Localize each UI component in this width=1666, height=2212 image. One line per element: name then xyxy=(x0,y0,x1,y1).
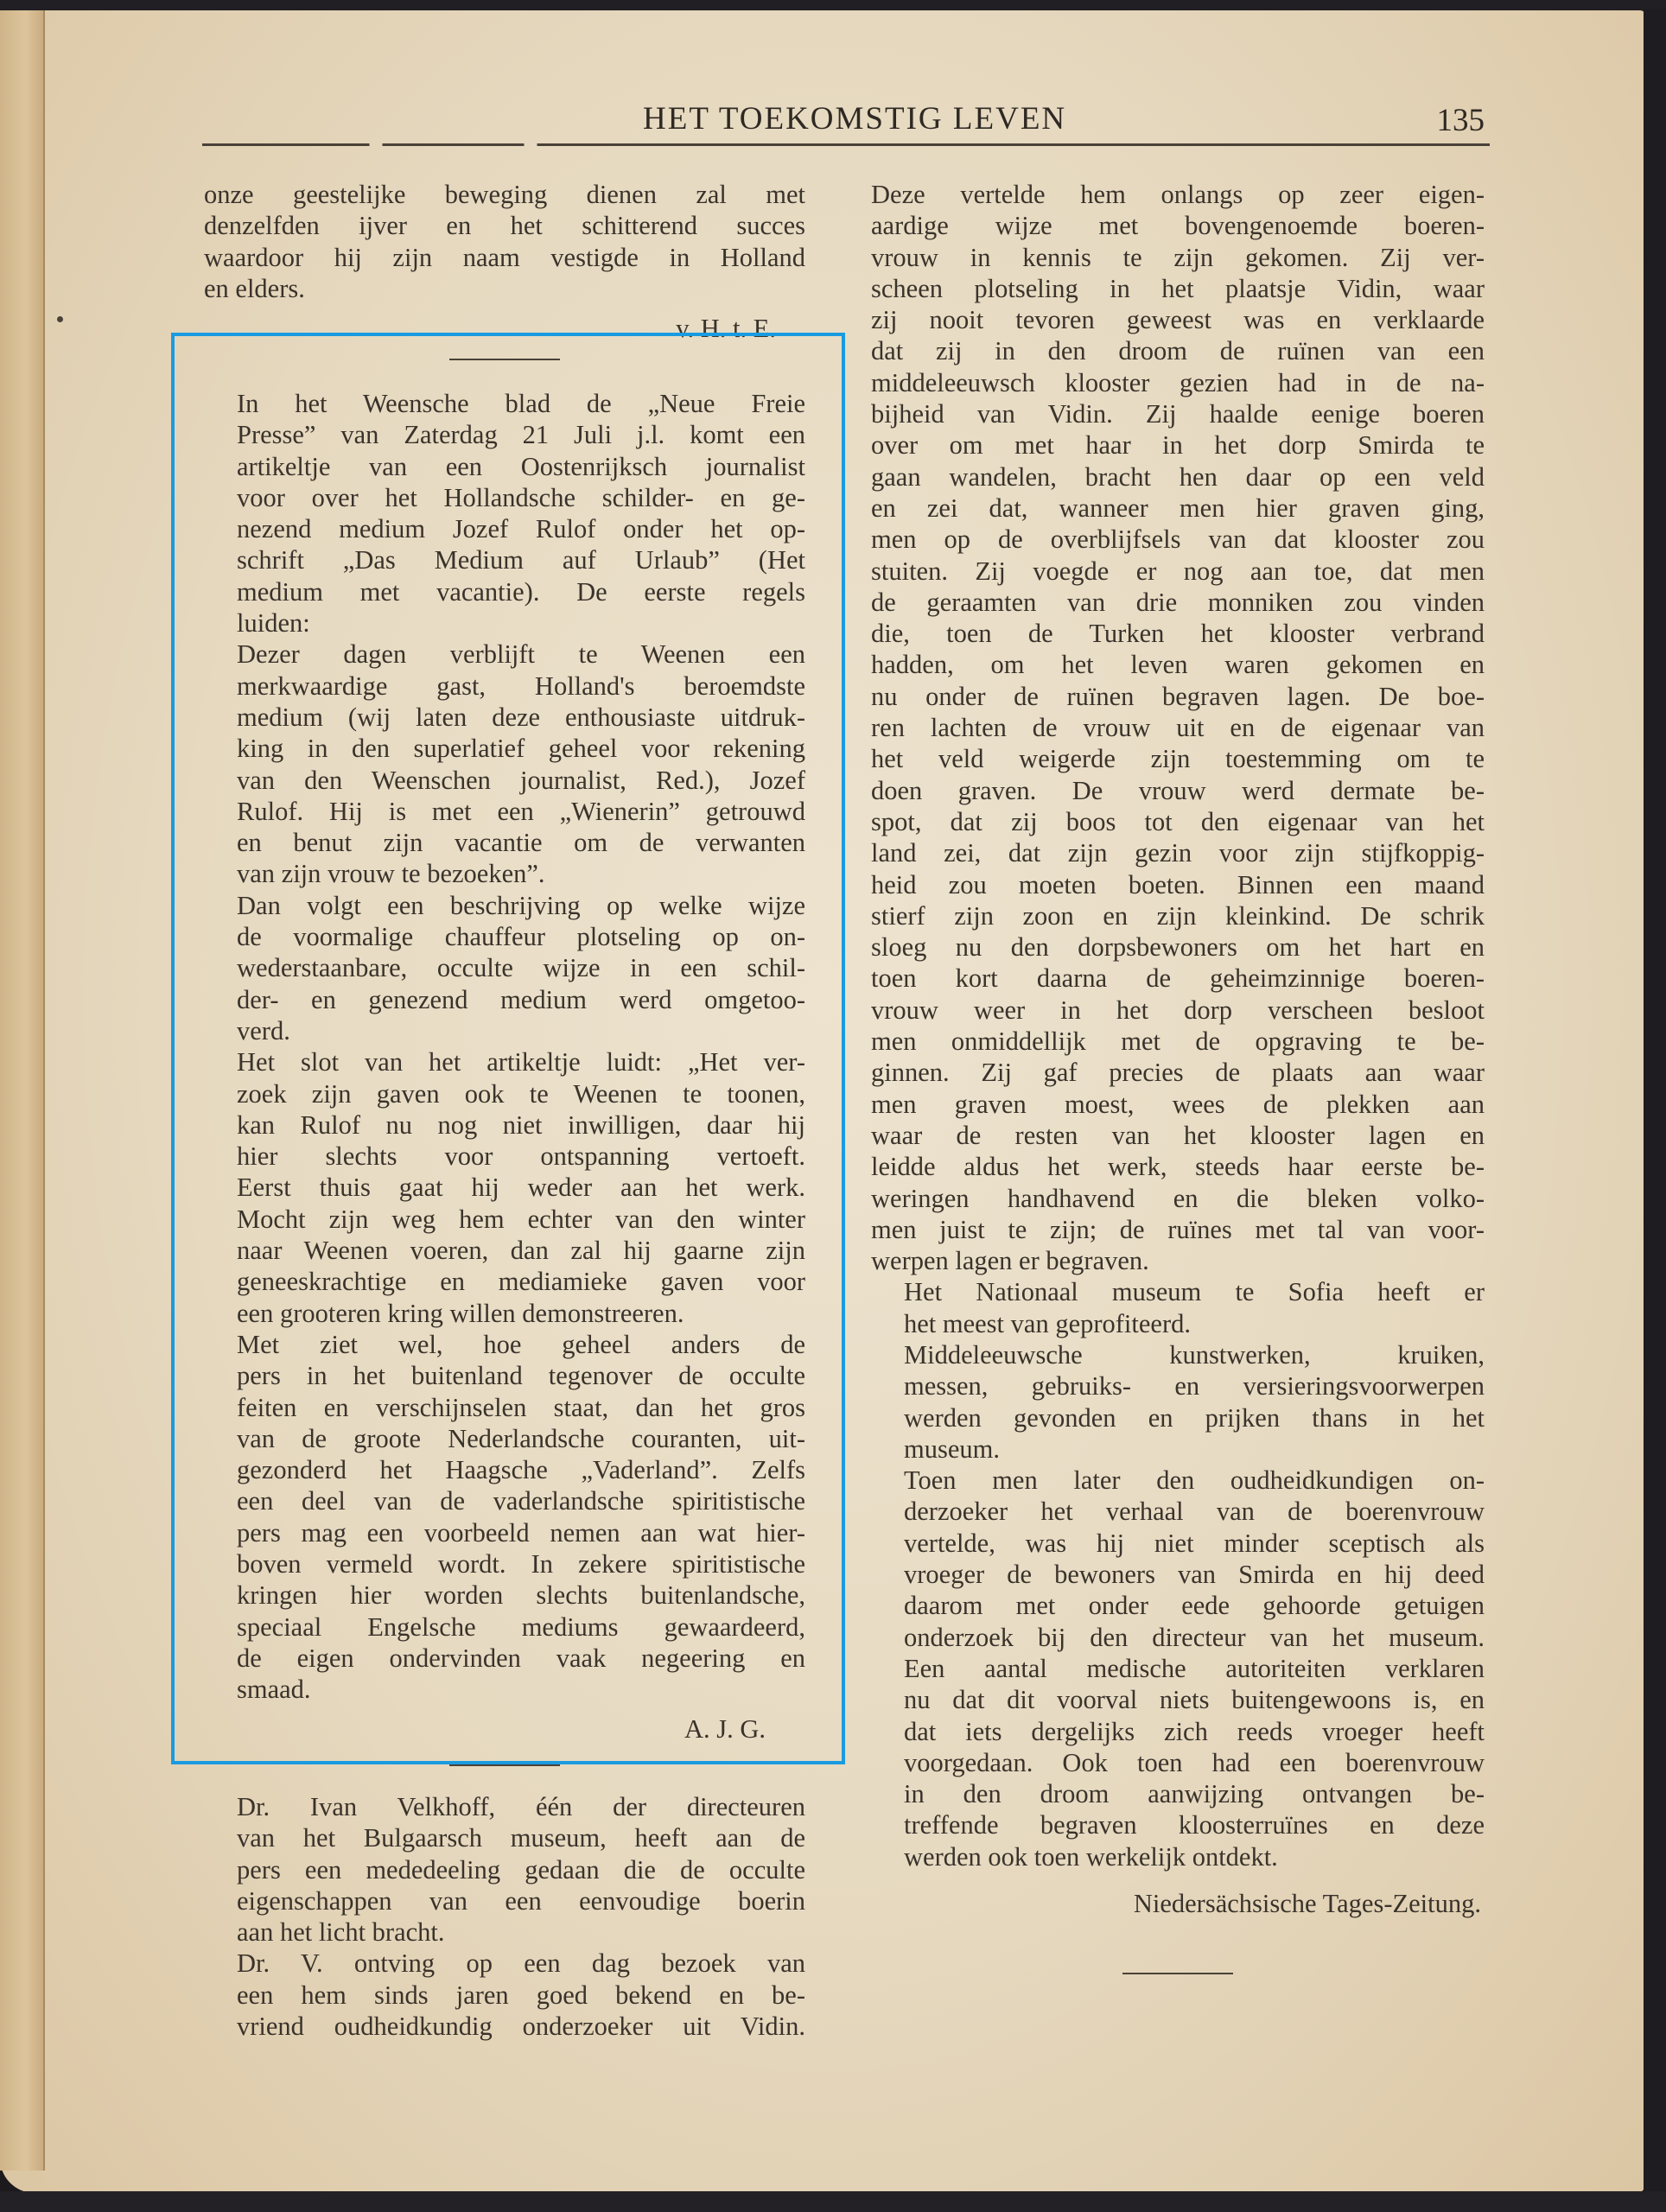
text-line: Mocht zijn weg hem echter van den winter xyxy=(204,1204,805,1235)
text-line: van het Bulgaarsch museum, heeft aan de xyxy=(204,1822,805,1853)
paper-speck xyxy=(57,316,63,322)
paragraph: In het Weensche blad de „Neue Freie Pres… xyxy=(204,388,805,639)
text-line: zoek zijn gaven ook te Weenen te toonen, xyxy=(204,1078,805,1109)
page-gutter xyxy=(0,10,45,2171)
paragraph: Dan volgt een beschrijving op welke wijz… xyxy=(204,890,805,1046)
text-line: boven vermeld wordt. In zekere spiritist… xyxy=(204,1548,805,1580)
text-line: vertelde, was hij niet minder sceptisch … xyxy=(871,1528,1485,1559)
text-line: medium met vacantie). De eerste regels xyxy=(204,576,805,607)
text-line: denzelfden ijver en het schitterend succ… xyxy=(204,210,805,241)
text-line: de geraamten van drie monniken zou vinde… xyxy=(871,587,1485,618)
text-line: Presse” van Zaterdag 21 Juli j.l. komt e… xyxy=(204,419,805,450)
text-line: museum. xyxy=(871,1433,1485,1465)
text-line: over om met haar in het dorp Smirda te xyxy=(871,429,1485,461)
text-line: een grooteren kring willen demonstreeren… xyxy=(204,1298,805,1329)
right-column: Deze vertelde hem onlangs op zeer eigen-… xyxy=(871,179,1485,1974)
text-line: bijheid van Vidin. Zij haalde eenige boe… xyxy=(871,398,1485,429)
text-line: van zijn vrouw te bezoeken”. xyxy=(204,858,805,889)
section-divider xyxy=(1122,1973,1233,1974)
text-line: men onmiddellijk met de opgraving te be- xyxy=(871,1026,1485,1057)
text-line: men op de overblijfsels van dat klooster… xyxy=(871,524,1485,555)
text-line: men juist te zijn; de ruïnes met tal van… xyxy=(871,1214,1485,1245)
text-line: van den Weenschen journalist, Red.), Joz… xyxy=(204,765,805,796)
text-line: Middeleeuwsche kunstwerken, kruiken, xyxy=(871,1339,1485,1370)
text-line: in den droom aanwijzing ontvangen be- xyxy=(871,1778,1485,1809)
text-line: messen, gebruiks- en versieringsvoorwerp… xyxy=(871,1370,1485,1402)
page-header: HET TOEKOMSTIG LEVEN 135 xyxy=(202,97,1490,149)
text-line: stierf zijn zoon en zijn kleinkind. De s… xyxy=(871,900,1485,931)
paragraph: Dr. Ivan Velkhoff, één der directeuren v… xyxy=(204,1791,805,1948)
text-line: vrouw weer in het dorp verscheen besloot xyxy=(871,995,1485,1026)
text-line: feiten en verschijnselen staat, dan het … xyxy=(204,1392,805,1423)
text-line: speciaal Engelsche mediums gewaardeerd, xyxy=(204,1611,805,1643)
text-line: wederstaanbare, occulte wijze in een sch… xyxy=(204,952,805,983)
text-line: waar de resten van het klooster lagen en xyxy=(871,1120,1485,1151)
text-line: kan Rulof nu nog niet inwilligen, daar h… xyxy=(204,1109,805,1141)
scanner-background-right xyxy=(1644,9,1666,2203)
text-line: geneeskrachtige en mediamieke gaven voor xyxy=(204,1266,805,1297)
text-line: zij nooit tevoren geweest was en verklaa… xyxy=(871,304,1485,335)
text-line: toen kort daarna de geheimzinnige boeren… xyxy=(871,963,1485,994)
paragraph: onze geestelijke beweging dienen zal met… xyxy=(204,179,805,304)
text-line: land zei, dat zijn gezin voor zijn stijf… xyxy=(871,837,1485,868)
text-line: vroeger de bewoners van Smirda en hij de… xyxy=(871,1559,1485,1590)
text-line: werden gevonden en prijken thans in het xyxy=(871,1402,1485,1433)
text-line: medium (wij laten deze enthousiaste uitd… xyxy=(204,702,805,733)
text-line: middeleeuwsch klooster gezien had in de … xyxy=(871,367,1485,398)
text-line: scheen plotseling in het plaatsje Vidin,… xyxy=(871,273,1485,304)
text-line: spot, dat zij boos tot den eigenaar van … xyxy=(871,806,1485,837)
text-line: artikeltje van een Oostenrijksch journal… xyxy=(204,451,805,482)
text-line: nu dat dit voorval niets buitengewoons i… xyxy=(871,1684,1485,1715)
section-divider xyxy=(449,1764,560,1766)
text-line: en elders. xyxy=(204,273,805,304)
text-line: voorgedaan. Ook toen had een boerenvrouw xyxy=(871,1747,1485,1778)
text-line: het veld weigerde zijn toestemming om te xyxy=(871,743,1485,774)
source-attribution: Niedersächsische Tages-Zeitung. xyxy=(871,1888,1485,1919)
closing-article: Dr. Ivan Velkhoff, één der directeuren v… xyxy=(204,1791,805,2042)
text-line: waardoor hij zijn naam vestigde in Holla… xyxy=(204,242,805,273)
signature-ajg: A. J. G. xyxy=(204,1713,805,1745)
text-line: merkwaardige gast, Holland's beroemdste xyxy=(204,671,805,702)
text-line: Dan volgt een beschrijving op welke wijz… xyxy=(204,890,805,921)
paragraph: Toen men later den oudheidkundigen on- d… xyxy=(871,1465,1485,1872)
text-line: aardige wijze met bovengenoemde boeren- xyxy=(871,210,1485,241)
text-line: hier slechts voor ontspanning vertoeft. xyxy=(204,1141,805,1172)
text-line: derzoeker het verhaal van de boerenvrouw xyxy=(871,1496,1485,1527)
text-line: aan het licht bracht. xyxy=(204,1916,805,1948)
text-line: dat iets dergelijks zich reeds vroeger h… xyxy=(871,1716,1485,1747)
text-line: gaan wandelen, bracht hen daar op een ve… xyxy=(871,461,1485,493)
text-line: men graven moest, wees de plekken aan xyxy=(871,1089,1485,1120)
text-line: In het Weensche blad de „Neue Freie xyxy=(204,388,805,419)
text-line: voor over het Hollandsche schilder- en g… xyxy=(204,482,805,513)
text-line: treffende begraven kloosterruïnes en dez… xyxy=(871,1809,1485,1840)
text-line: naar Weenen voeren, dan zal hij gaarne z… xyxy=(204,1235,805,1266)
text-line: het meest van geprofiteerd. xyxy=(871,1308,1485,1339)
text-line: der- en genezend medium werd omgetoo- xyxy=(204,984,805,1015)
text-line: Deze vertelde hem onlangs op zeer eigen- xyxy=(871,179,1485,210)
text-line: sloeg nu den dorpsbewoners om het hart e… xyxy=(871,931,1485,963)
text-line: weringen handhavend en die bleken volko- xyxy=(871,1183,1485,1214)
paragraph: Het slot van het artikeltje luidt: „Het … xyxy=(204,1046,805,1329)
text-line: dat zij in den droom de ruïnen van een xyxy=(871,335,1485,366)
text-line: een hem sinds jaren goed bekend en be- xyxy=(204,1980,805,2011)
text-line: en benut zijn vacantie om de verwanten xyxy=(204,827,805,858)
text-line: heid zou moeten boeten. Binnen een maand xyxy=(871,869,1485,900)
text-line: stuiten. Zij voegde er nog aan toe, dat … xyxy=(871,556,1485,587)
text-line: king in den superlatief geheel voor reke… xyxy=(204,733,805,764)
text-line: pers in het buitenland tegenover de occu… xyxy=(204,1360,805,1391)
text-line: die, toen de Turken het klooster verbran… xyxy=(871,618,1485,649)
text-line: vrouw in kennis te zijn gekomen. Zij ver… xyxy=(871,242,1485,273)
left-column-intro: onze geestelijke beweging dienen zal met… xyxy=(204,179,805,344)
text-line: van de groote Nederlandsche couranten, u… xyxy=(204,1423,805,1454)
text-line: leidde aldus het werk, steeds haar eerst… xyxy=(871,1151,1485,1182)
paragraph: Dr. V. ontving op een dag bezoek van een… xyxy=(204,1948,805,2042)
text-line: ginnen. Zij gaf precies de plaats aan wa… xyxy=(871,1057,1485,1088)
text-line: Dr. Ivan Velkhoff, één der directeuren xyxy=(204,1791,805,1822)
paragraph: Dezer dagen verblijft te Weenen een merk… xyxy=(204,639,805,889)
running-title: HET TOEKOMSTIG LEVEN xyxy=(643,100,1066,137)
text-line: hadden, om het leven waren gekomen en xyxy=(871,649,1485,680)
paragraph: Deze vertelde hem onlangs op zeer eigen-… xyxy=(871,179,1485,1276)
text-line: Dezer dagen verblijft te Weenen een xyxy=(204,639,805,670)
text-line: Een aantal medische autoriteiten verklar… xyxy=(871,1653,1485,1684)
text-line: pers mag een voorbeeld nemen aan wat hie… xyxy=(204,1517,805,1548)
text-line: onze geestelijke beweging dienen zal met xyxy=(204,179,805,210)
text-line: gezonderd het Haagsche „Vaderland”. Zelf… xyxy=(204,1454,805,1485)
header-rule xyxy=(202,143,1490,146)
text-line: een deel van de vaderlandsche spiritisti… xyxy=(204,1485,805,1516)
paragraph: Middeleeuwsche kunstwerken, kruiken, mes… xyxy=(871,1339,1485,1465)
page-number: 135 xyxy=(1437,102,1485,139)
text-line: Dr. V. ontving op een dag bezoek van xyxy=(204,1948,805,1979)
text-line: Het Nationaal museum te Sofia heeft er xyxy=(871,1276,1485,1307)
text-line: Toen men later den oudheidkundigen on- xyxy=(871,1465,1485,1496)
paragraph: Het Nationaal museum te Sofia heeft er h… xyxy=(871,1276,1485,1339)
text-line: pers een mededeeling gedaan die de occul… xyxy=(204,1854,805,1885)
text-line: daarom met onder eede gehoorde getuigen xyxy=(871,1590,1485,1621)
text-line: de eigen ondervinden vaak negeering en xyxy=(204,1643,805,1674)
scanner-background-bottom xyxy=(0,2191,1666,2212)
text-line: verd. xyxy=(204,1015,805,1046)
text-line: smaad. xyxy=(204,1674,805,1705)
text-line: eigenschappen van een eenvoudige boerin xyxy=(204,1885,805,1916)
text-line: de voormalige chauffeur plotseling op on… xyxy=(204,921,805,952)
text-line: schrift „Das Medium auf Urlaub” (Het xyxy=(204,544,805,575)
text-line: doen graven. De vrouw werd dermate be- xyxy=(871,775,1485,806)
text-line: Rulof. Hij is met een „Wienerin” getrouw… xyxy=(204,796,805,827)
text-line: vriend oudheidkundig onderzoeker uit Vid… xyxy=(204,2011,805,2042)
highlighted-article: In het Weensche blad de „Neue Freie Pres… xyxy=(204,359,805,1766)
text-line: luiden: xyxy=(204,607,805,639)
text-line: onderzoek bij den directeur van het muse… xyxy=(871,1622,1485,1653)
text-line: nezend medium Jozef Rulof onder het op- xyxy=(204,513,805,544)
text-line: werpen lagen er begraven. xyxy=(871,1245,1485,1276)
text-line: Het slot van het artikeltje luidt: „Het … xyxy=(204,1046,805,1077)
text-line: kringen hier worden slechts buitenlandsc… xyxy=(204,1580,805,1611)
paragraph: Met ziet wel, hoe geheel anders de pers … xyxy=(204,1329,805,1706)
text-line: nu onder de ruïnen begraven lagen. De bo… xyxy=(871,681,1485,712)
text-line: Met ziet wel, hoe geheel anders de xyxy=(204,1329,805,1360)
text-line: en zei dat, wanneer men hier graven ging… xyxy=(871,493,1485,524)
text-line: Eerst thuis gaat hij weder aan het werk. xyxy=(204,1172,805,1203)
text-line: werden ook toen werkelijk ontdekt. xyxy=(871,1841,1485,1872)
text-line: ren lachten de vrouw uit en de eigenaar … xyxy=(871,712,1485,743)
